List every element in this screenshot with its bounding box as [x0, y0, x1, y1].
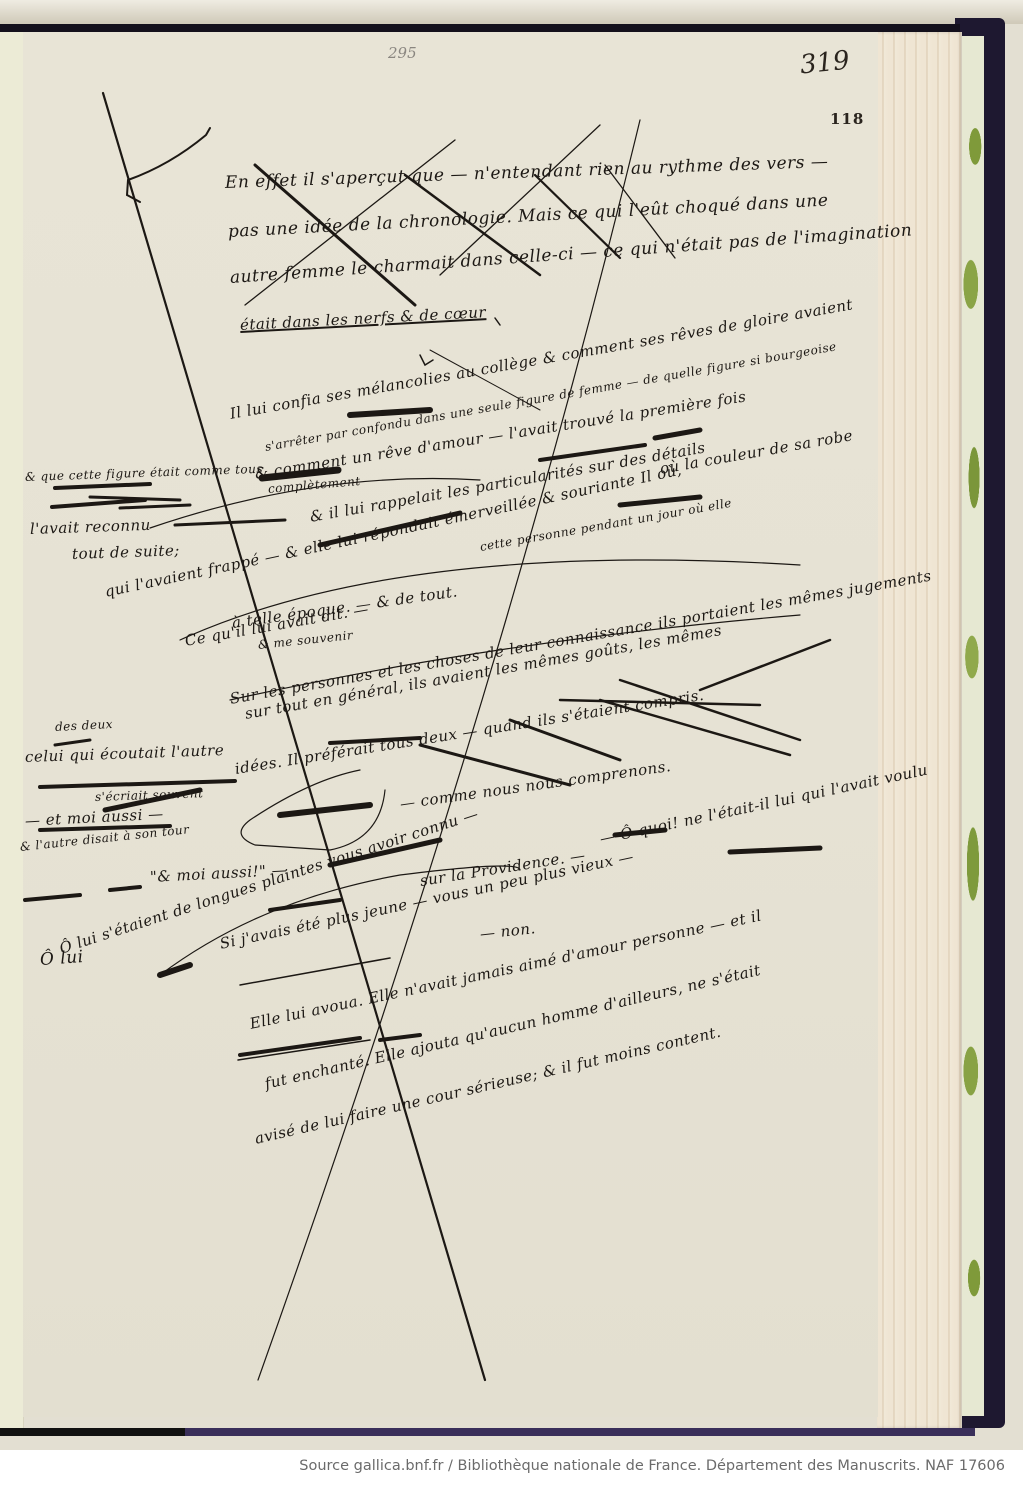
bottom-binding	[0, 1428, 1023, 1436]
source-footer: Source gallica.bnf.fr / Bibliothèque nat…	[0, 1450, 1023, 1486]
margin-note: tout de suite;	[72, 541, 180, 563]
handwritten-folio-number: 319	[799, 45, 852, 80]
binding-top	[0, 24, 960, 32]
pencil-folio-number: 295	[388, 44, 417, 62]
manuscript-viewer: 295 319 118	[0, 0, 1023, 1450]
top-shadow	[0, 0, 1023, 24]
marbled-endpaper	[962, 36, 984, 1416]
source-credit: Source gallica.bnf.fr / Bibliothèque nat…	[299, 1458, 1005, 1474]
margin-note: Ô lui	[39, 947, 84, 970]
printed-folio-number: 118	[830, 110, 864, 128]
gutter-strip	[0, 32, 24, 1428]
